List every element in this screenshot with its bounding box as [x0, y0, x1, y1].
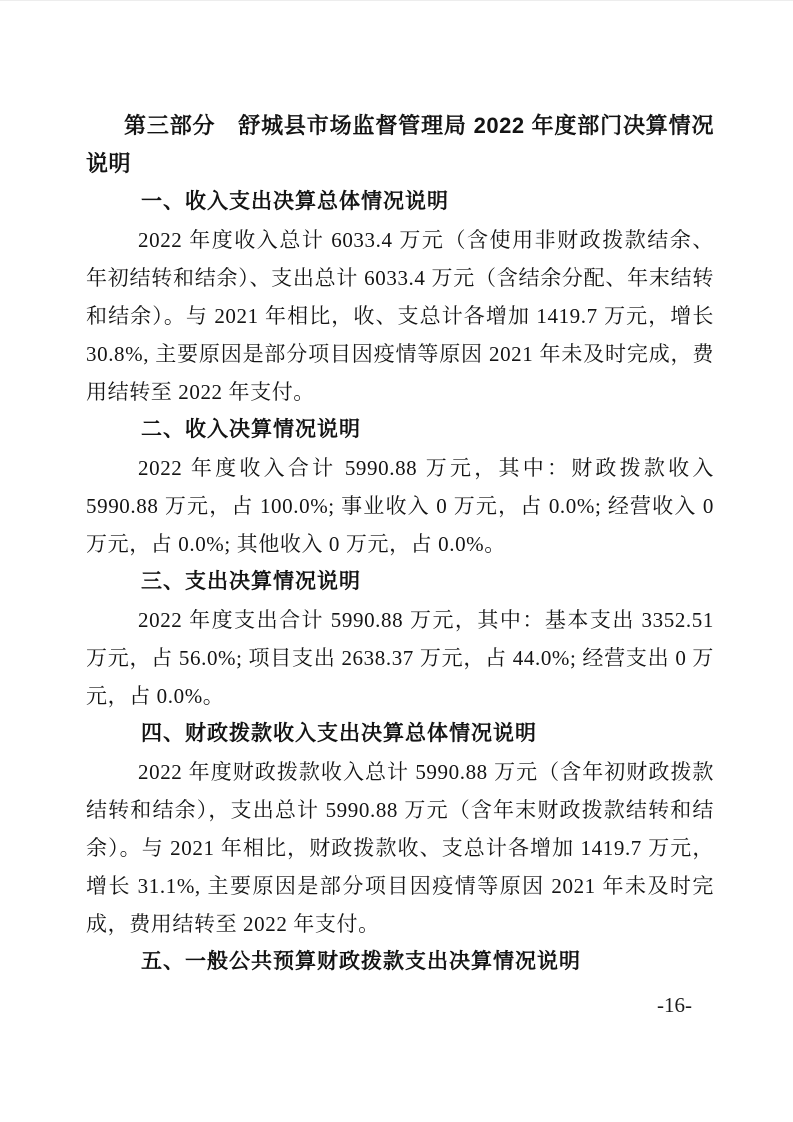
document-title: 第三部分 舒城县市场监督管理局 2022 年度部门决算情况说明: [86, 107, 714, 183]
section-heading-2: 二、收入决算情况说明: [86, 411, 714, 449]
document-content: 第三部分 舒城县市场监督管理局 2022 年度部门决算情况说明 一、收入支出决算…: [86, 107, 714, 981]
page-number: -16-: [657, 990, 692, 1020]
section-1-paragraph: 2022 年度收入总计 6033.4 万元（含使用非财政拨款结余、年初结转和结余…: [86, 221, 714, 411]
section-2-paragraph: 2022 年度收入合计 5990.88 万元，其中：财政拨款收入 5990.88…: [86, 449, 714, 563]
section-heading-3: 三、支出决算情况说明: [86, 563, 714, 601]
section-3-paragraph: 2022 年度支出合计 5990.88 万元，其中：基本支出 3352.51 万…: [86, 601, 714, 715]
document-page: 第三部分 舒城县市场监督管理局 2022 年度部门决算情况说明 一、收入支出决算…: [0, 0, 793, 1122]
section-4-paragraph: 2022 年度财政拨款收入总计 5990.88 万元（含年初财政拨款结转和结余）…: [86, 753, 714, 943]
section-heading-1: 一、收入支出决算总体情况说明: [86, 183, 714, 221]
section-heading-5: 五、一般公共预算财政拨款支出决算情况说明: [86, 943, 714, 981]
document-page-body: { "document": { "title": "第三部分 舒城县市场监督管理…: [0, 0, 793, 1122]
section-heading-4: 四、财政拨款收入支出决算总体情况说明: [86, 715, 714, 753]
